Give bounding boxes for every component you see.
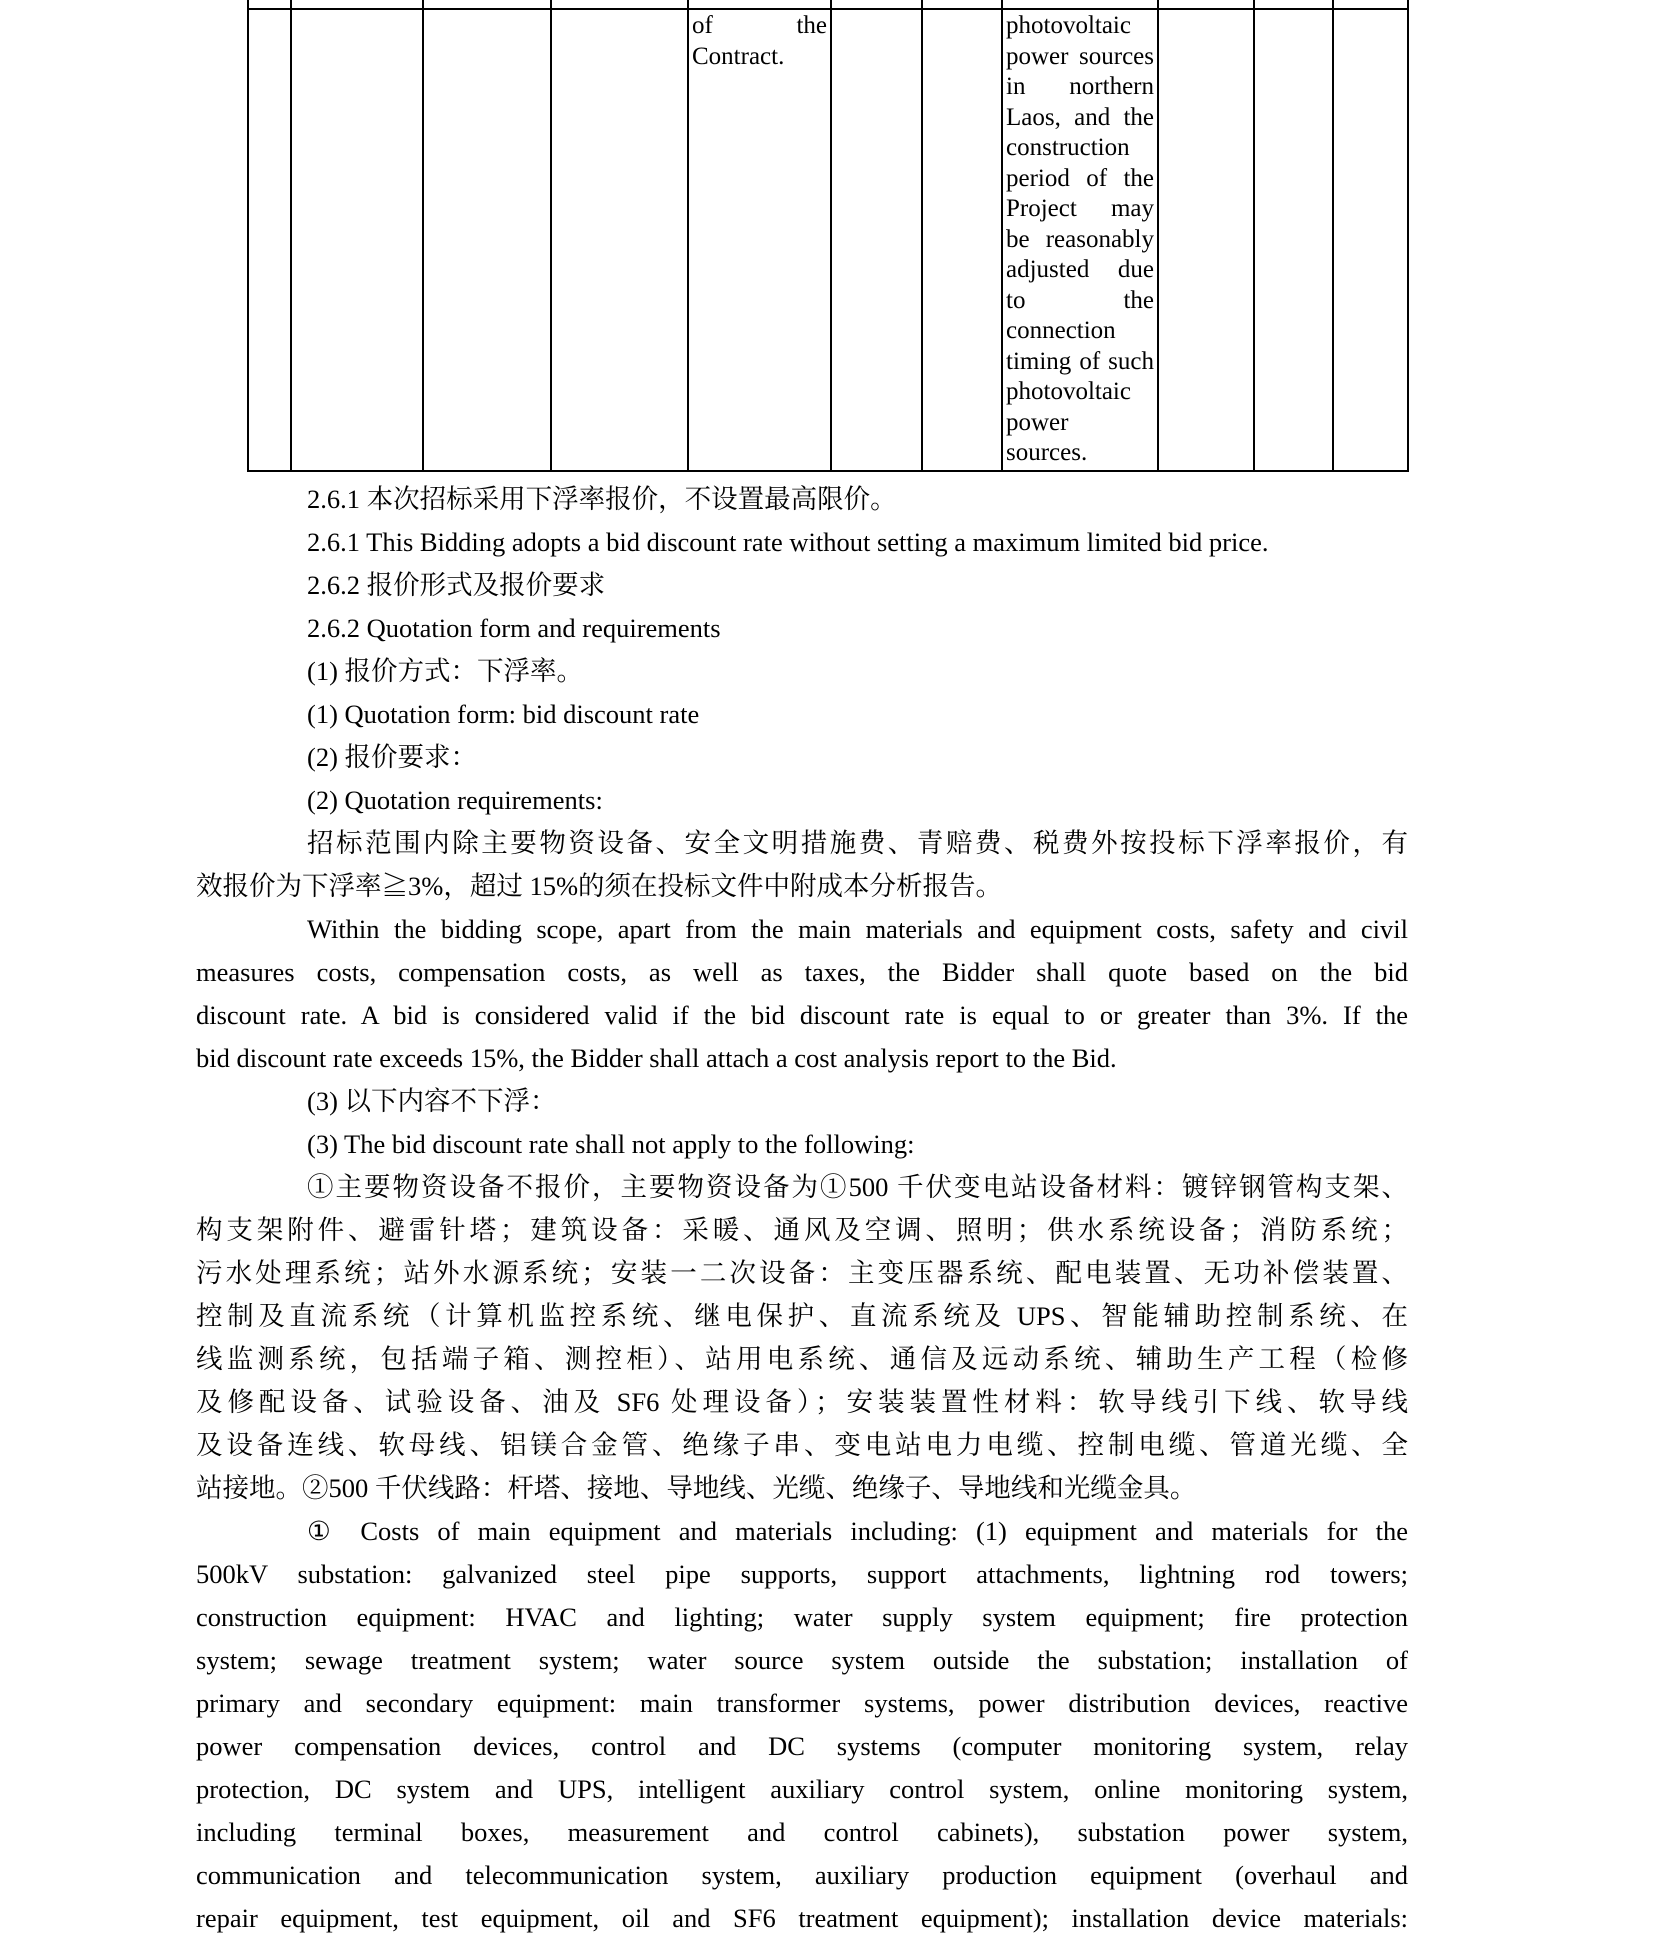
text-line: (2) 报价要求： [196,736,1408,779]
text-line: repair equipment, test equipment, oil an… [196,1897,1408,1940]
text-line: 站接地。②500 千伏线路：杆塔、接地、导地线、光缆、绝缘子、导地线和光缆金具。 [196,1467,1408,1510]
text-line: (1) 报价方式：下浮率。 [196,650,1408,693]
table-cell [831,0,922,9]
table-cell [248,0,291,9]
table-cell [831,9,922,471]
table-cell: of the Contract. [688,9,831,471]
table-cell [922,9,1002,471]
text-line: construction equipment: HVAC and lightin… [196,1596,1408,1639]
text-line: 效报价为下浮率≧3%，超过 15%的须在投标文件中附成本分析报告。 [196,865,1408,908]
text-line: 2.6.2 报价形式及报价要求 [196,564,1408,607]
text-line: (3) The bid discount rate shall not appl… [196,1123,1408,1166]
text-line: 2.6.2 Quotation form and requirements [196,607,1408,650]
document-page: of the Contract.photovoltaic power sourc… [0,0,1654,1950]
text-line: (1) Quotation form: bid discount rate [196,693,1408,736]
text-line: Within the bidding scope, apart from the… [196,908,1408,951]
body-text: 2.6.1 本次招标采用下浮率报价，不设置最高限价。2.6.1 This Bid… [196,478,1408,1940]
table-cell [1333,9,1408,471]
text-line: 控制及直流系统（计算机监控系统、继电保护、直流系统及 UPS、智能辅助控制系统、… [196,1295,1408,1338]
text-line: (3) 以下内容不下浮： [196,1080,1408,1123]
text-line: power compensation devices, control and … [196,1725,1408,1768]
text-line: 构支架附件、避雷针塔；建筑设备：采暖、通风及空调、照明；供水系统设备；消防系统； [196,1209,1408,1252]
table-cell-text: photovoltaic power sources in northern L… [1006,11,1154,469]
text-line: 500kV substation: galvanized steel pipe … [196,1553,1408,1596]
table-body: of the Contract.photovoltaic power sourc… [248,0,1408,471]
text-line: ①主要物资设备不报价，主要物资设备为①500 千伏变电站设备材料：镀锌钢管构支架… [196,1166,1408,1209]
table-cell [291,9,423,471]
text-line: 2.6.1 This Bidding adopts a bid discount… [196,521,1408,564]
table-cell [423,0,551,9]
bidding-schedule-table: of the Contract.photovoltaic power sourc… [247,0,1409,472]
text-line: 招标范围内除主要物资设备、安全文明措施费、青赔费、税费外按投标下浮率报价，有 [196,822,1408,865]
table-row: of the Contract.photovoltaic power sourc… [248,9,1408,471]
text-line: 及修配设备、试验设备、油及 SF6 处理设备）；安装装置性材料：软导线引下线、软… [196,1381,1408,1424]
text-line: 及设备连线、软母线、铝镁合金管、绝缘子串、变电站电力电缆、控制电缆、管道光缆、全 [196,1424,1408,1467]
table-cell [551,0,688,9]
text-line: 2.6.1 本次招标采用下浮率报价，不设置最高限价。 [196,478,1408,521]
table-cell [922,0,1002,9]
text-line: ① Costs of main equipment and materials … [196,1510,1408,1553]
text-line: primary and secondary equipment: main tr… [196,1682,1408,1725]
table-cell [1333,0,1408,9]
text-line: 污水处理系统；站外水源系统；安装一二次设备：主变压器系统、配电装置、无功补偿装置… [196,1252,1408,1295]
table-cell [688,0,831,9]
text-line: (2) Quotation requirements: [196,779,1408,822]
table-cell [551,9,688,471]
table-cell [1158,9,1254,471]
text-line: communication and telecommunication syst… [196,1854,1408,1897]
table-cell [1254,0,1333,9]
table-cell [1158,0,1254,9]
text-line: 线监测系统，包括端子箱、测控柜）、站用电系统、通信及远动系统、辅助生产工程（检修 [196,1338,1408,1381]
table-cell: photovoltaic power sources in northern L… [1002,9,1158,471]
text-line: protection, DC system and UPS, intellige… [196,1768,1408,1811]
text-line: discount rate. A bid is considered valid… [196,994,1408,1037]
table-cell-text: of the Contract. [692,11,827,72]
text-line: including terminal boxes, measurement an… [196,1811,1408,1854]
table-row [248,0,1408,9]
text-line: bid discount rate exceeds 15%, the Bidde… [196,1037,1408,1080]
table-cell [1254,9,1333,471]
text-line: system; sewage treatment system; water s… [196,1639,1408,1682]
table-cell [248,9,291,471]
table-cell [291,0,423,9]
table-cell [423,9,551,471]
table-cell [1002,0,1158,9]
text-line: measures costs, compensation costs, as w… [196,951,1408,994]
